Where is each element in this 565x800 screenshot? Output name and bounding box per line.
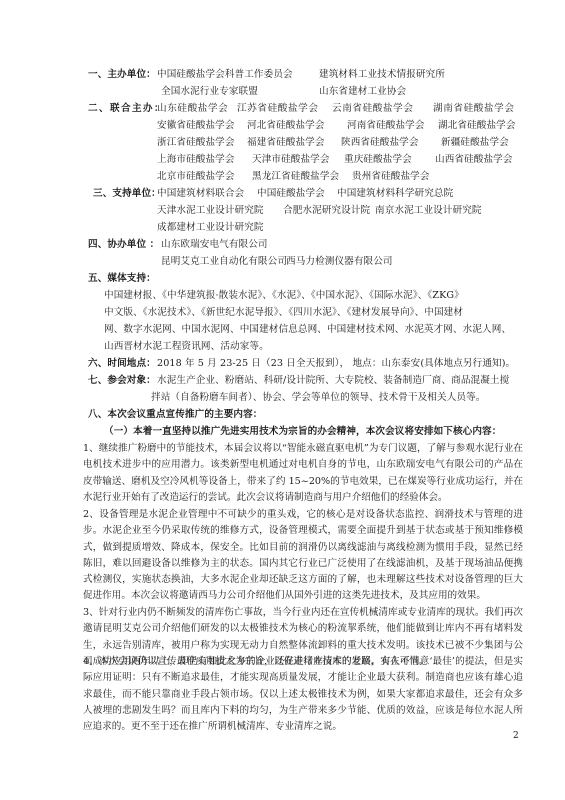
co-organizer-item: 黑龙江省硅酸盐学会 bbox=[252, 171, 339, 183]
co-host-item: 昆明艾克工业自动化有限公司 bbox=[161, 256, 287, 268]
co-organizer-item: 贵州省硅酸盐学会 bbox=[352, 171, 430, 183]
supporter-item: 南京水泥工业设计研究院 bbox=[375, 205, 482, 217]
co-organizer-item: 山东硅酸盐学会 bbox=[157, 103, 228, 115]
attendees-line: 水泥生产企业、粉磨站、科研/设计院所、大专院校、装备制造厂商、商品混凝土搅 bbox=[157, 375, 509, 387]
supporter-item: 天津水泥工业设计研究院 bbox=[157, 205, 264, 217]
co-organizer-item: 安徽省硅酸盐学会 bbox=[157, 120, 235, 132]
co-host-item: 山东欧瑞安电气有限公司 bbox=[161, 239, 268, 251]
media-line: 山西晋材水泥工程资讯网、活动家等。 bbox=[104, 341, 269, 353]
co-organizer-item: 湖南省硅酸盐学会 bbox=[433, 103, 515, 115]
supporter-item: 成都建材工业设计研究院 bbox=[157, 222, 264, 234]
attendees-line: 拌站（自备粉磨车间者）、协会、学会等单位的领导、技术骨干及相关人员等。 bbox=[151, 392, 485, 404]
co-organizer-item: 云南省硅酸盐学会 bbox=[332, 103, 414, 115]
co-host-item: 西马力检测仪器有限公司 bbox=[286, 256, 393, 268]
time-location-text: 2018 年 5 月 23-25 日（23 日全天报到）， 地点：山东泰安(具体… bbox=[157, 358, 515, 370]
section-4-label: 四、协办单位 ： bbox=[88, 239, 159, 251]
section-1-label: 一、主办单位： bbox=[88, 69, 156, 81]
co-organizer-item: 河南省硅酸盐学会 bbox=[347, 120, 425, 132]
co-organizer-item: 江苏省硅酸盐学会 bbox=[237, 103, 319, 115]
supporter-item: 中国建筑材料科学研究总院 bbox=[337, 188, 453, 200]
section-3-label: 三、支持单位： bbox=[93, 188, 161, 200]
content-paragraph-4: 4、本次会议仍以宣传最佳实用技术为宗旨，以促进行业技术的发展。有人不同意‘最佳’… bbox=[83, 654, 523, 735]
co-organizer-item: 陕西省硅酸盐学会 bbox=[341, 137, 419, 149]
organizer-item: 全国水泥行业专家联盟 bbox=[161, 86, 258, 98]
co-organizer-item: 福建省硅酸盐学会 bbox=[247, 137, 325, 149]
media-line: 网、数字水泥网、中国水泥网、中国建材信息总网、中国建材技术网、水泥英才网、水泥人… bbox=[104, 324, 511, 336]
organizer-item: 山东省建材工业协会 bbox=[319, 86, 406, 98]
section-8-label: 八、本次会议重点宣传推广的主要内容： bbox=[88, 409, 263, 421]
section-7-label: 七、参会对象： bbox=[88, 375, 156, 387]
co-organizer-item: 北京市硅酸盐学会 bbox=[157, 171, 235, 183]
co-organizer-item: 上海市硅酸盐学会 bbox=[157, 154, 235, 166]
co-organizer-item: 浙江省硅酸盐学会 bbox=[157, 137, 235, 149]
content-paragraph-1: 1、继续推广粉磨中的节能技术，本届会议将以“智能永磁直驱电机”为专门议题，了解与… bbox=[83, 441, 523, 506]
organizer-item: 中国硅酸盐学会科普工作委员会 bbox=[157, 69, 293, 81]
co-organizer-item: 湖北省硅酸盐学会 bbox=[438, 120, 516, 132]
organizer-item: 建筑材料工业技术情报研究所 bbox=[319, 69, 445, 81]
supporter-item: 合肥水泥研究设计院 bbox=[283, 205, 370, 217]
section-2-label: 二、联合主办： bbox=[88, 103, 165, 115]
co-organizer-item: 山西省硅酸盐学会 bbox=[435, 154, 513, 166]
co-organizer-item: 重庆硅酸盐学会 bbox=[344, 154, 412, 166]
co-organizer-item: 河北省硅酸盐学会 bbox=[247, 120, 325, 132]
section-8-intro: （一）本着一直坚持以推广先进实用技术为宗旨的办会精神，本次会议将安排如下核心内容… bbox=[104, 426, 501, 438]
document-page: 一、主办单位： 中国硅酸盐学会科普工作委员会 建筑材料工业技术情报研究所 全国水… bbox=[0, 0, 565, 800]
co-organizer-item: 新疆硅酸盐学会 bbox=[441, 137, 509, 149]
co-organizer-item: 天津市硅酸盐学会 bbox=[252, 154, 330, 166]
supporter-item: 中国硅酸盐学会 bbox=[257, 188, 325, 200]
supporter-item: 中国建筑材料联合会 bbox=[157, 188, 244, 200]
media-line: 中国建材报、《中华建筑报·散装水泥》、《水泥》、《中国水泥》、《国际水泥》、《Z… bbox=[104, 290, 464, 302]
page-number: 2 bbox=[513, 731, 519, 741]
section-5-label: 五、媒体支持： bbox=[88, 273, 156, 285]
section-6-label: 六、时间地点： bbox=[88, 358, 156, 370]
content-paragraph-2: 2、设备管理是水泥企业管理中不可缺少的重头戏，它的核心是对设备状态监控、润滑技术… bbox=[83, 507, 523, 605]
media-line: 中文版、《水泥技术》、《新世纪水泥导报》、《四川水泥》、《建材发展导向》、中国建… bbox=[104, 307, 463, 319]
